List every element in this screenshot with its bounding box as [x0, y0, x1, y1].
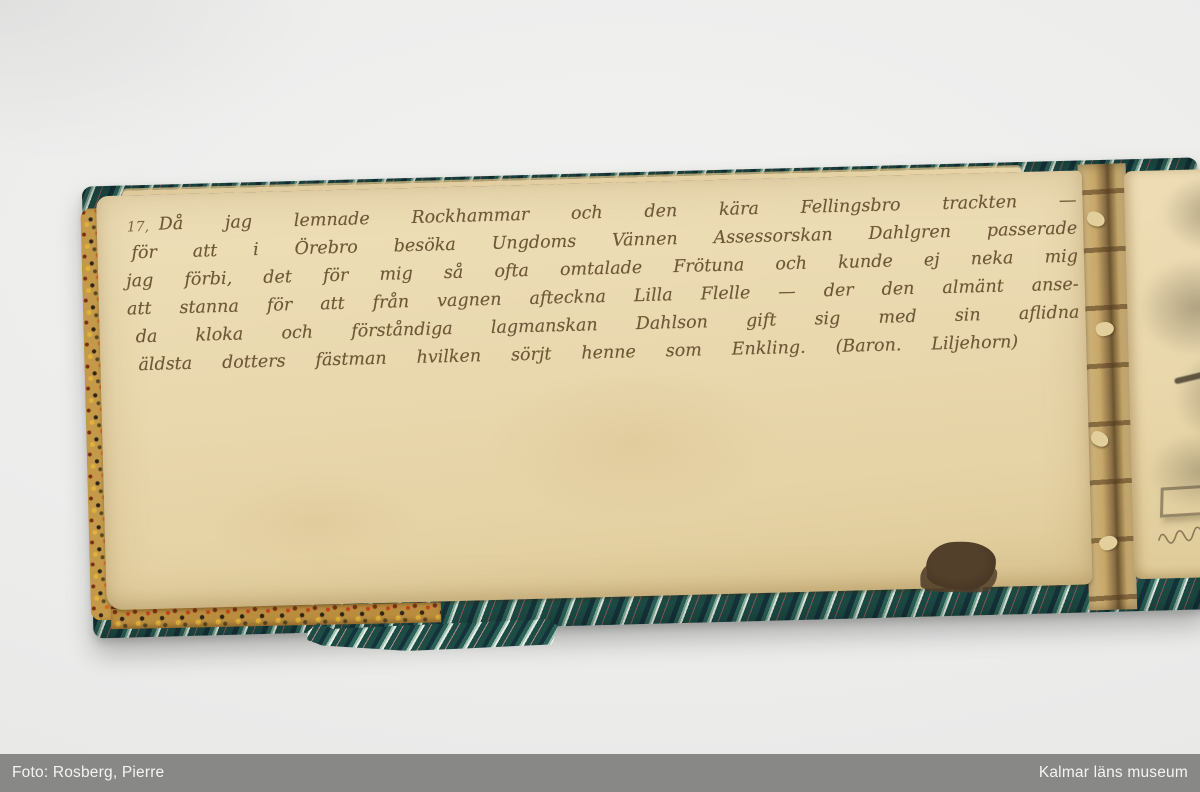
caption-bar: Foto: Rosberg, Pierre Kalmar läns museum	[0, 754, 1200, 792]
sepia-tree-wash	[1160, 172, 1200, 255]
entry-number: 17,	[127, 219, 150, 236]
museum-photo-viewer: 17, Då jag lemnade Rockhammar och den kä…	[0, 0, 1200, 792]
pencil-sketch-rectangle	[1160, 484, 1200, 518]
notebook: 17, Då jag lemnade Rockhammar och den kä…	[78, 157, 1200, 676]
ink-blot-stain	[925, 541, 996, 591]
paper-scrap	[1089, 429, 1111, 449]
museum-name: Kalmar läns museum	[1039, 764, 1188, 782]
notebook-right-page	[1124, 167, 1200, 579]
handwritten-entry: 17, Då jag lemnade Rockhammar och den kä…	[124, 187, 1080, 380]
paper-scrap	[1085, 210, 1106, 229]
handwriting-scribble	[1154, 517, 1200, 550]
paper-scrap	[1094, 320, 1115, 338]
sepia-tree-wash	[1136, 256, 1200, 359]
paper-stain	[163, 447, 467, 595]
photo-credit: Foto: Rosberg, Pierre	[12, 764, 164, 782]
paper-scrap	[1098, 533, 1120, 553]
